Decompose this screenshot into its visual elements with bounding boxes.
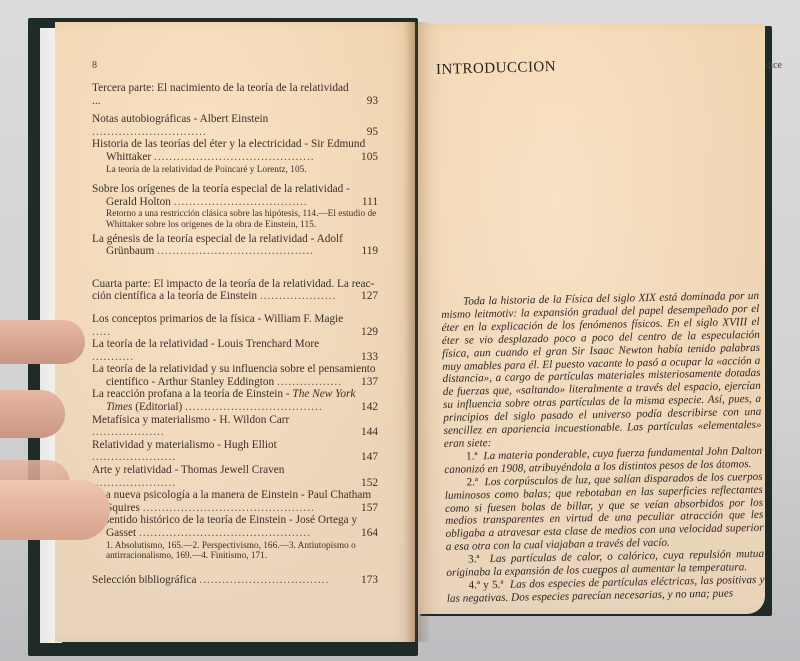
toc-entry: Una nueva psicología a la manera de Eins… [92,489,378,514]
table-of-contents: Tercera parte: El nacimiento de la teorí… [92,82,378,586]
list-item: 2.ª Los corpúsculos de luz, que salían d… [444,471,763,555]
intro-paragraph: Toda la historia de la Física del siglo … [441,290,762,451]
toc-entry: La teoría de la relatividad y su influen… [92,363,378,388]
chapter-title: INTRODUCCION [436,59,557,79]
toc-subentry: 1. Absolutismo, 165.—2. Perspectivismo, … [92,541,378,562]
toc-entry: Relatividad y materialismo - Hugh Elliot… [92,439,378,464]
toc-entry: Los conceptos primarios de la física - W… [92,313,378,338]
introduction-text: Toda la historia de la Física del siglo … [441,290,765,606]
toc-entry: El sentido histórico de la teoría de Ein… [92,514,378,539]
hand [0,300,100,580]
toc-entry: La teoría de la relatividad - Louis Tren… [92,338,378,363]
toc-entry: Metafísica y materialismo - H. Wildon Ca… [92,414,378,439]
left-page-number: 8 [92,60,97,71]
toc-entry: Notas autobiográficas - Albert Einstein … [92,113,378,138]
toc-entry-tercera-parte: Tercera parte: El nacimiento de la teorí… [92,82,378,107]
toc-entry: Arte y relatividad - Thomas Jewell Crave… [92,464,378,489]
toc-entry: Sobre los orígenes de la teoría especial… [92,183,378,208]
toc-entry: La reacción profana a la teoría de Einst… [92,388,378,413]
toc-entry: Historia de las teorías del éter y la el… [92,138,378,163]
right-page-number: 9 [598,570,603,581]
toc-entry: La génesis de la teoría especial de la r… [92,233,378,258]
toc-subentry: Retorno a una restricción clásica sobre … [92,209,378,230]
toc-subentry: La teoría de la relatividad de Poincaré … [92,165,378,176]
toc-entry-bibliografia: Selección bibliográfica ................… [92,574,378,587]
toc-entry-cuarta-parte: Cuarta parte: El impacto de la teoría de… [92,278,378,303]
